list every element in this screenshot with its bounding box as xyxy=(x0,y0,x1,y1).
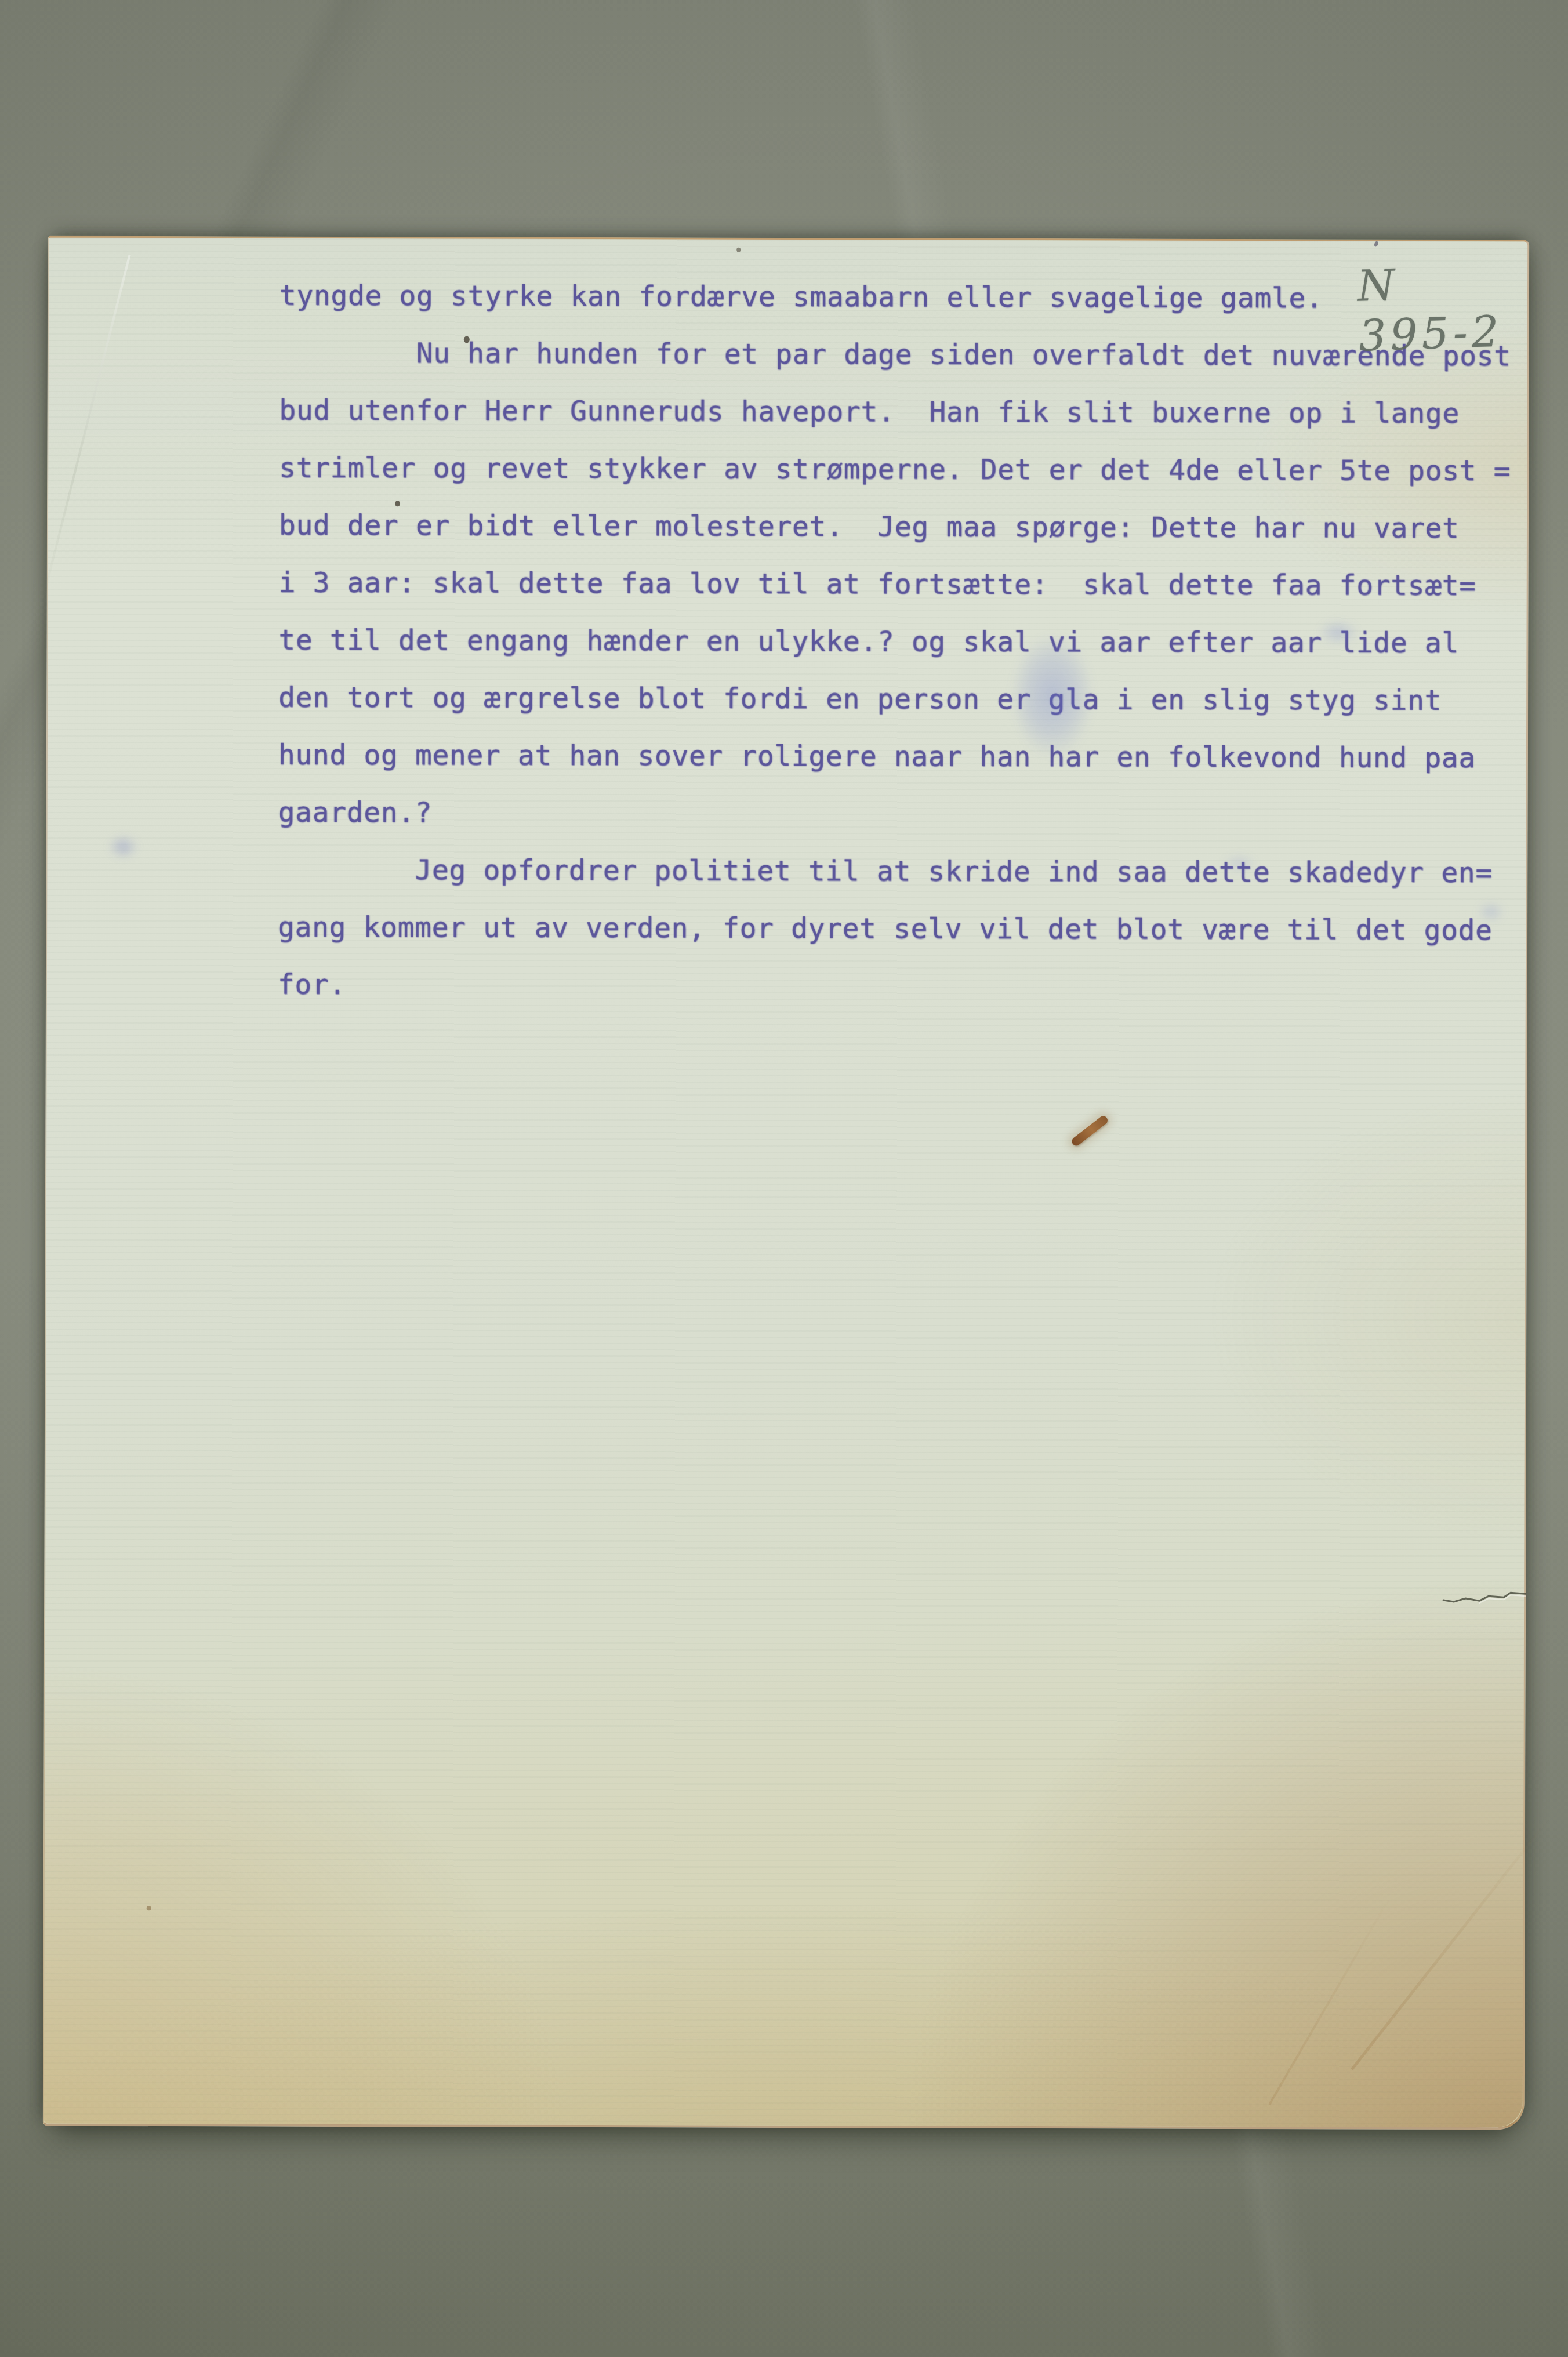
typed-line: tyngde og styrke kan fordærve smaabarn e… xyxy=(280,267,1520,328)
typed-line: for. xyxy=(278,956,1519,1017)
typed-line: bud utenfor Herr Gunneruds haveport. Han… xyxy=(279,382,1520,443)
paper-crease xyxy=(38,255,130,615)
typed-line: strimler og revet stykker av strømperne.… xyxy=(279,440,1520,501)
paper-speck xyxy=(147,1906,151,1910)
paper-speck xyxy=(736,248,741,252)
ink-smudge xyxy=(103,831,143,863)
paper-speck xyxy=(1374,241,1379,247)
typed-line: hund og mener at han sover roligere naar… xyxy=(278,727,1519,788)
typed-line: Nu har hunden for et par dage siden over… xyxy=(280,325,1520,386)
typed-line: te til det engang hænder en ulykke.? og … xyxy=(278,612,1519,673)
paper-crease xyxy=(1268,1894,1392,2105)
paper-crease xyxy=(1351,1813,1554,2070)
text-block: tyngde og styrke kan fordærve smaabarn e… xyxy=(278,267,1520,1017)
typed-line: i 3 aar: skal dette faa lov til at forts… xyxy=(279,554,1520,615)
typed-line: bud der er bidt eller molesteret. Jeg ma… xyxy=(279,497,1520,558)
document-page: tyngde og styrke kan fordærve smaabarn e… xyxy=(43,236,1530,2130)
typed-line: gaarden.? xyxy=(278,784,1519,845)
archival-number: N 395-2 xyxy=(1356,256,1529,361)
debris-speck xyxy=(1070,1114,1109,1147)
paper-tear xyxy=(1424,1588,1526,1605)
typed-line: den tort og ærgrelse blot fordi en perso… xyxy=(278,669,1519,730)
typed-line: Jeg opfordrer politiet til at skride ind… xyxy=(278,842,1519,902)
photo-backdrop: tyngde og styrke kan fordærve smaabarn e… xyxy=(0,0,1568,2357)
typed-line: gang kommer ut av verden, for dyret selv… xyxy=(278,899,1519,960)
